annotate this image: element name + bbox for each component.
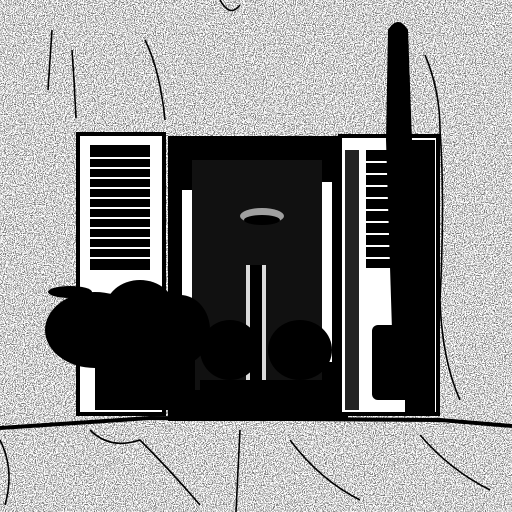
window-scene (0, 0, 512, 512)
scene-illustration (0, 0, 512, 512)
